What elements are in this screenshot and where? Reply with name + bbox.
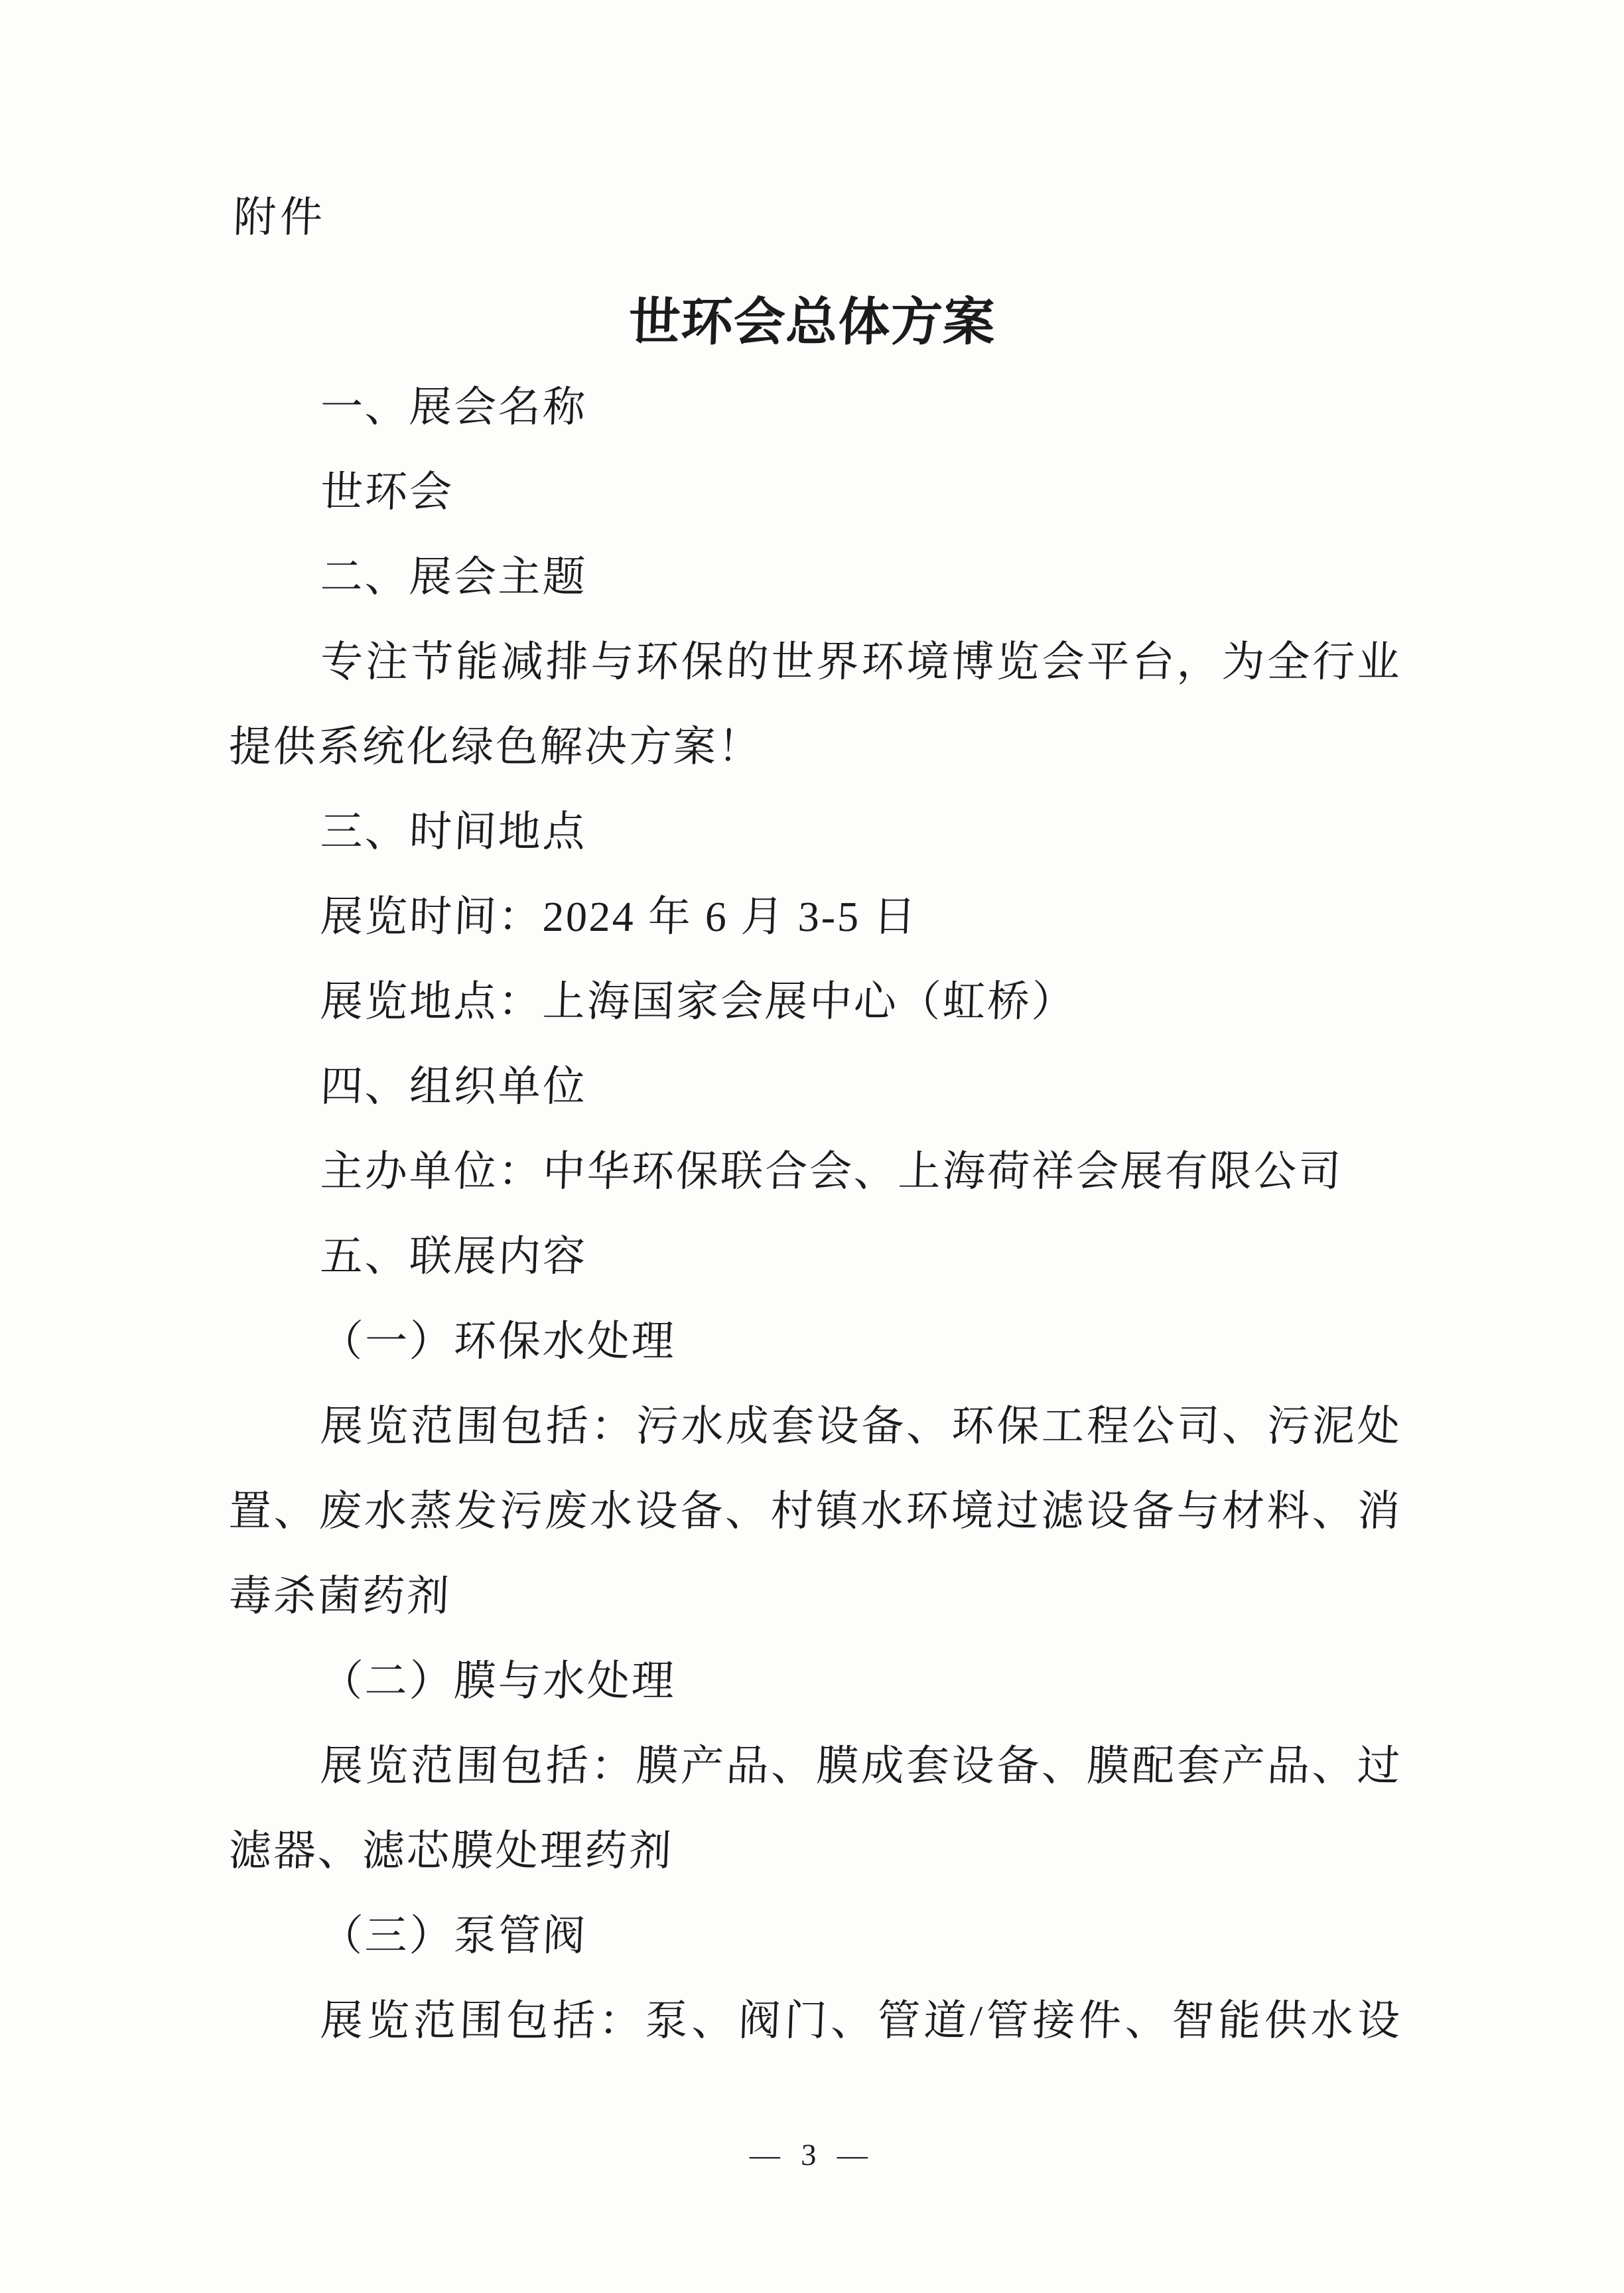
document-line: 展览范围包括：膜产品、膜成套设备、膜配套产品、过: [228, 1724, 1403, 1809]
document-line: 一、展会名称: [228, 365, 1403, 450]
document-line: 专注节能减排与环保的世界环境博览会平台，为全行业: [228, 620, 1403, 705]
document-line: 主办单位：中华环保联合会、上海荷祥会展有限公司: [228, 1129, 1403, 1214]
document-line: 展览范围包括：污水成套设备、环保工程公司、污泥处: [228, 1384, 1403, 1469]
page-number: — 3 —: [0, 2135, 1624, 2175]
document-line: 世环会: [228, 450, 1403, 535]
document-body: 一、展会名称 世环会 二、展会主题 专注节能减排与环保的世界环境博览会平台，为全…: [229, 365, 1402, 2063]
document-line: 提供系统化绿色解决方案！: [228, 705, 1403, 790]
document-line: 滤器、滤芯膜处理药剂: [228, 1809, 1403, 1894]
document-line: 展览地点：上海国家会展中心（虹桥）: [228, 959, 1403, 1044]
document-line: 毒杀菌药剂: [228, 1554, 1403, 1639]
document-line: 置、废水蒸发污废水设备、村镇水环境过滤设备与材料、消: [228, 1469, 1403, 1554]
document-line: 五、联展内容: [228, 1214, 1403, 1299]
document-line: （一）环保水处理: [228, 1299, 1403, 1384]
document-line: （三）泵管阀: [228, 1894, 1403, 1979]
document-line: 四、组织单位: [228, 1044, 1403, 1129]
document-line: 二、展会主题: [228, 535, 1403, 620]
attachment-label: 附件: [233, 191, 328, 244]
document-line: （二）膜与水处理: [228, 1639, 1403, 1724]
document-line: 展览时间：2024 年 6 月 3-5 日: [228, 874, 1403, 959]
document-line: 三、时间地点: [228, 790, 1403, 874]
document-page: 附件 世环会总体方案 一、展会名称 世环会 二、展会主题 专注节能减排与环保的世…: [0, 0, 1624, 2293]
document-line: 展览范围包括：泵、阀门、管道/管接件、智能供水设: [228, 1979, 1403, 2063]
document-title: 世环会总体方案: [0, 289, 1624, 356]
